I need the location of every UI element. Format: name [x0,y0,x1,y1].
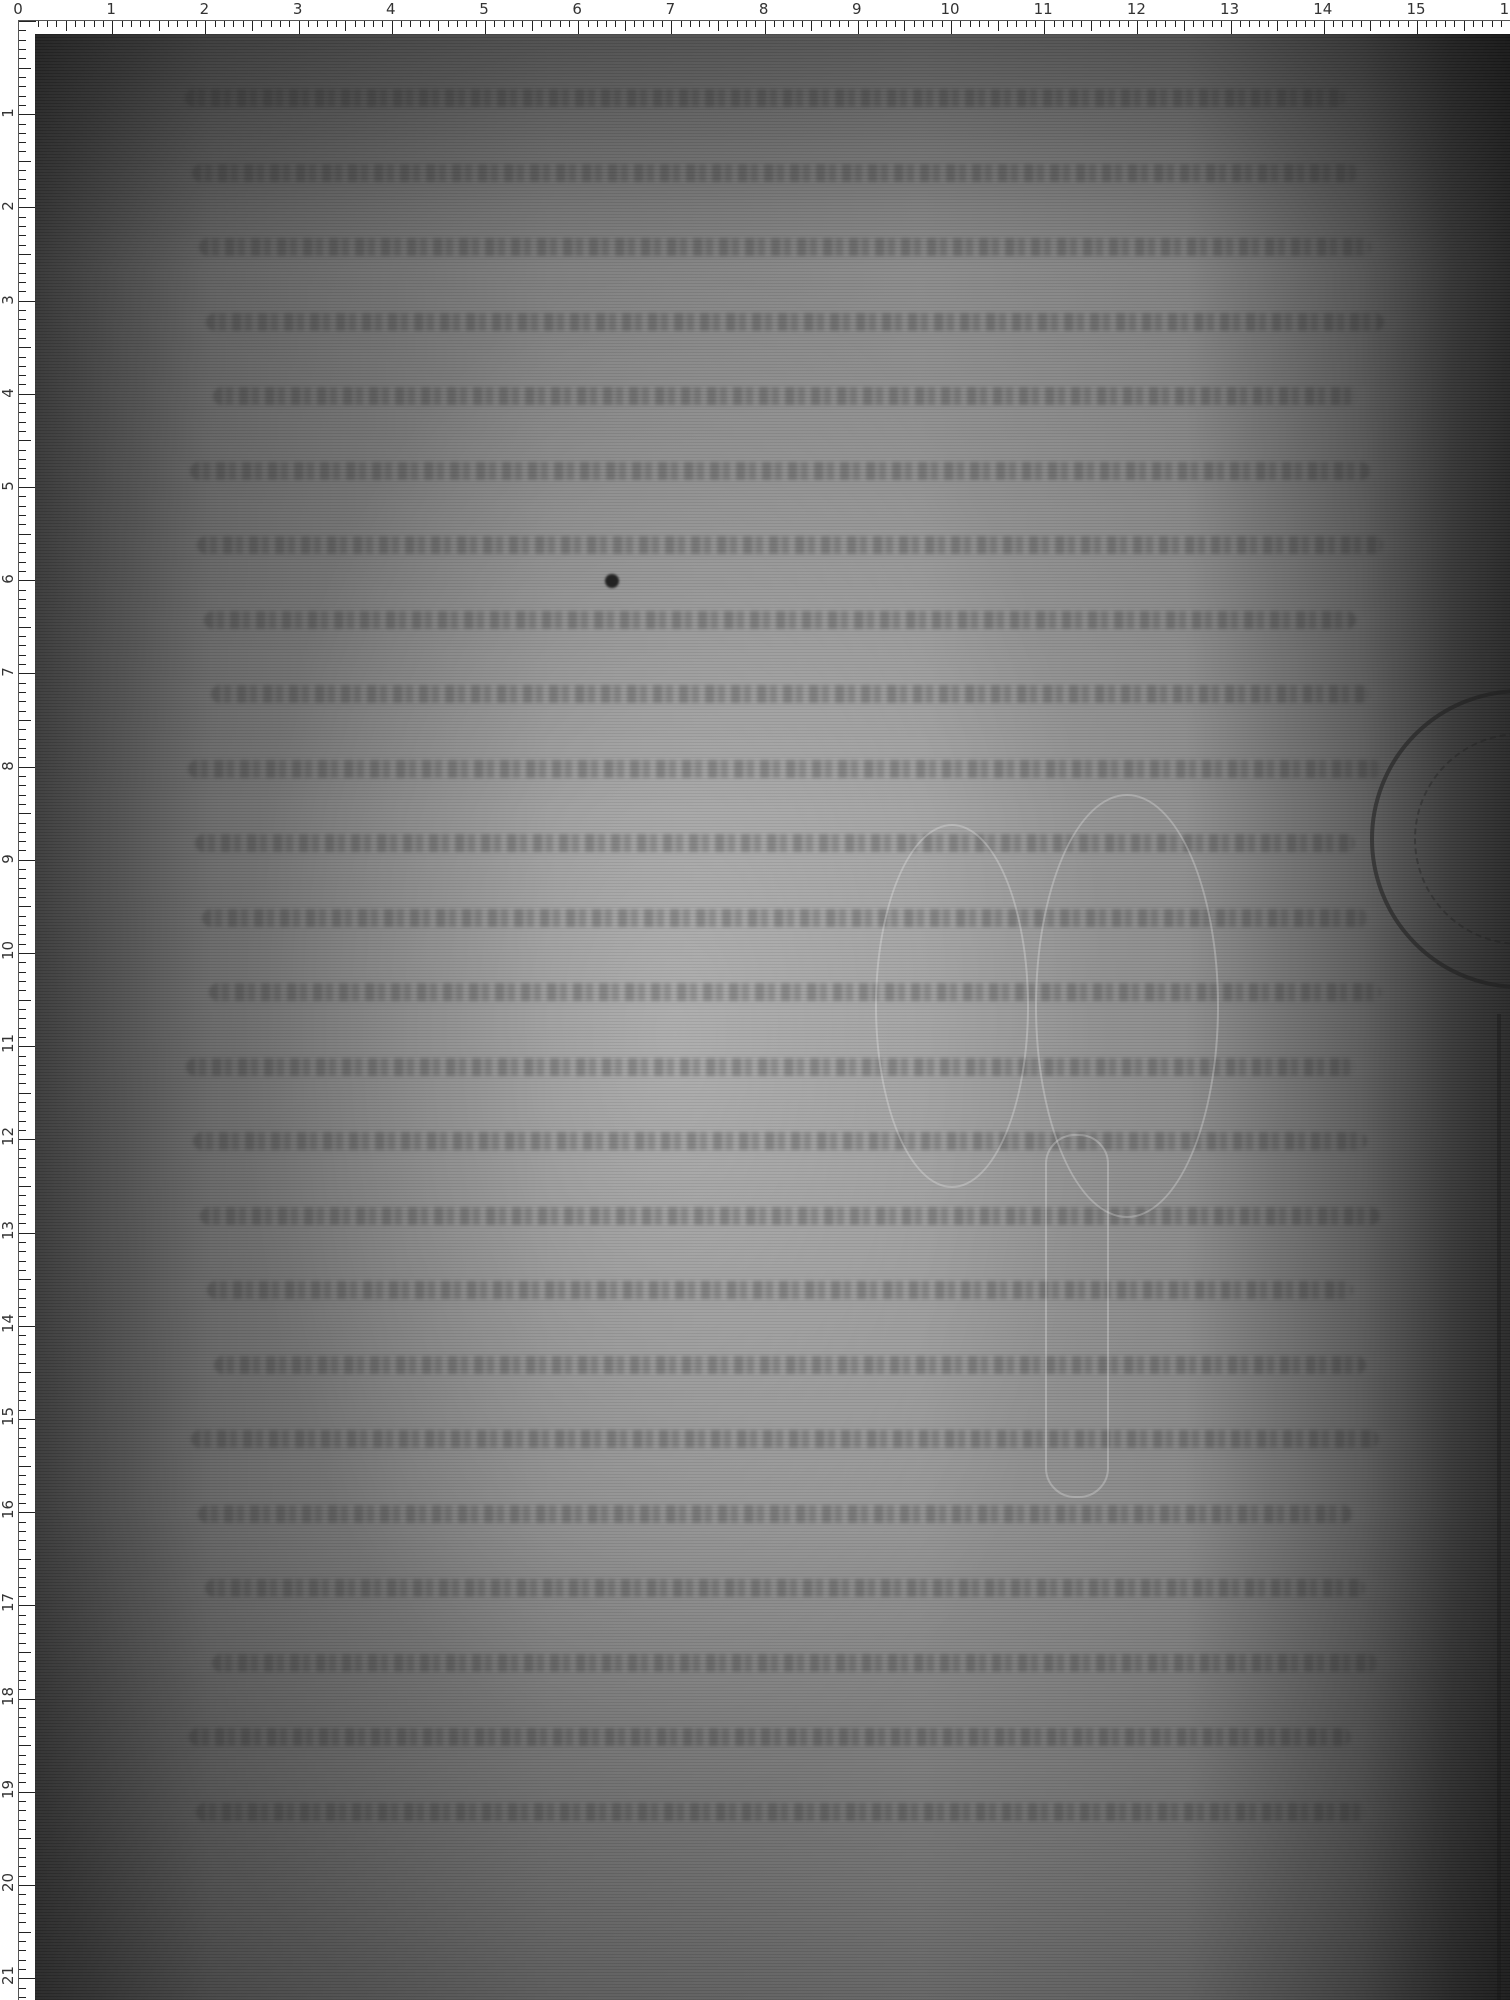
ruler-tick [1128,21,1129,27]
ruler-tick [19,319,26,320]
manuscript-text-line [200,1207,1380,1225]
ruler-tick [19,1988,26,1989]
ruler-tick [19,1810,26,1811]
ruler-tick [1380,21,1381,27]
ruler-tick [1389,21,1390,27]
ruler-tick [19,77,26,78]
ruler-tick [1314,21,1315,27]
ruler-tick [821,21,822,27]
ruler-tick [19,785,26,786]
ruler-tick [848,21,849,27]
ruler-tick [19,124,26,125]
ruler-tick [392,21,393,35]
ruler-tick [19,571,26,572]
ruler-tick [19,357,26,358]
ruler-tick [1063,21,1064,27]
ruler-tick [327,21,328,27]
ruler-tick [19,1680,26,1681]
ruler-tick [1296,21,1297,27]
ruler-tick [289,21,290,27]
ruler-tick [1436,21,1437,27]
left-ruler-label: 10 [0,944,16,960]
ruler-tick [19,990,26,991]
left-ruler-label: 21 [0,1969,16,1985]
ruler-tick [867,21,868,27]
ruler-tick [84,21,85,27]
ruler-tick [19,1820,26,1821]
ruler-tick [19,1130,26,1131]
top-ruler-label: 6 [572,0,582,18]
ruler-tick [19,1587,26,1588]
manuscript-text-line [199,238,1371,256]
ruler-tick [19,1661,26,1662]
ruler-tick [19,142,26,143]
ruler-tick [19,114,36,115]
ruler-tick [19,1540,26,1541]
ruler-tick [420,21,421,27]
top-ruler-label: 2 [200,0,210,18]
ruler-tick [578,21,579,35]
top-ruler-label: 14 [1313,0,1332,18]
ruler-tick [19,366,26,367]
ruler-tick [19,468,26,469]
left-ruler-label: 7 [0,664,16,680]
top-ruler-label: 8 [759,0,769,18]
ruler-tick [19,878,26,879]
ruler-tick [19,1857,26,1858]
ruler-tick [19,1270,26,1271]
ruler-tick [1454,21,1455,27]
ruler-tick [765,21,766,35]
ruler-tick [19,888,26,889]
ruler-tick [1324,21,1325,35]
ruler-tick [19,748,26,749]
ruler-tick [923,21,924,27]
ruler-tick [19,86,26,87]
ruler-tick [19,1466,31,1467]
ruler-tick [476,21,477,27]
ruler-tick [1203,21,1204,27]
ruler-tick [1398,21,1399,27]
top-ruler-label: 1 [106,0,116,18]
left-ruler-label: 8 [0,758,16,774]
ruler-tick [19,897,26,898]
ruler-tick [1100,21,1101,27]
ruler-tick [1268,21,1269,27]
ruler-tick [690,21,691,27]
watermark-stem [1045,1134,1109,1498]
ruler-tick [746,21,747,27]
ruler-tick [774,21,775,27]
ruler-tick [19,720,31,721]
ruler-tick [970,21,971,27]
left-ruler-label: 15 [0,1410,16,1426]
top-ruler-label: 10 [940,0,959,18]
ruler-tick [560,21,561,27]
top-ruler-label: 4 [386,0,396,18]
ruler-tick [103,21,104,27]
ruler-tick [532,21,533,31]
ruler-tick [830,21,831,27]
top-ruler [18,20,1510,34]
ruler-tick [466,21,467,27]
ruler-tick [19,1372,31,1373]
manuscript-text-line [204,611,1356,629]
ruler-tick [19,1419,36,1420]
ruler-tick [19,30,26,31]
ruler-tick [727,21,728,27]
ruler-tick [336,21,337,27]
ruler-tick [457,21,458,27]
ruler-tick [998,21,999,31]
ruler-tick [243,21,244,27]
ruler-tick [19,1522,26,1523]
manuscript-text-line [211,685,1369,703]
ruler-tick [550,21,551,27]
ruler-tick [19,1559,31,1560]
ruler-tick [19,422,26,423]
ruler-tick [19,655,26,656]
manuscript-text-line [214,1356,1366,1374]
manuscript-text-line [192,164,1358,182]
ruler-tick [19,1615,26,1616]
ruler-tick [1091,21,1092,31]
ruler-tick [1137,21,1138,35]
ruler-tick [811,21,812,31]
ruler-tick [19,189,26,190]
ruler-tick [19,1792,36,1793]
top-ruler-label: 3 [293,0,303,18]
ruler-tick [1081,21,1082,27]
ruler-tick [19,683,26,684]
ruler-tick [737,21,738,27]
ruler-tick [19,729,26,730]
ruler-tick [19,1838,31,1839]
ruler-tick [19,49,26,50]
ruler-tick [19,1009,26,1010]
ruler-tick [19,1894,26,1895]
ruler-tick [1147,21,1148,27]
ruler-tick [19,412,26,413]
ruler-tick [355,21,356,27]
ruler-tick [19,692,26,693]
ruler-tick [19,1699,36,1700]
ruler-tick [19,1289,26,1290]
ruler-tick [1193,21,1194,27]
ruler-tick [19,1139,36,1140]
ruler-tick [19,776,26,777]
left-ruler-numbers: 123456789101112131415161718192021 [0,0,18,2000]
ruler-tick [19,1997,26,1998]
ruler-tick [112,21,113,35]
ruler-tick [1221,21,1222,27]
ruler-tick [19,906,31,907]
top-ruler-label: 7 [666,0,676,18]
ruler-tick [317,21,318,27]
ruler-tick [19,1344,26,1345]
ruler-tick [1044,21,1045,35]
ruler-tick [19,496,26,497]
ruler-tick [19,431,26,432]
ruler-tick [19,1848,26,1849]
left-ruler-label: 18 [0,1690,16,1706]
ruler-tick [19,450,26,451]
top-ruler-label: 5 [479,0,489,18]
ruler-tick [19,217,26,218]
ruler-tick [513,21,514,27]
ruler-tick [19,739,26,740]
ruler-tick [429,21,430,27]
ruler-tick [876,21,877,27]
ruler-tick [1277,21,1278,31]
left-ruler-label: 16 [0,1503,16,1519]
ruler-tick [19,1745,31,1746]
ruler-tick [131,21,132,27]
ruler-tick [19,804,26,805]
ruler-tick [914,21,915,27]
ruler-tick [19,916,26,917]
ruler-tick [224,21,225,27]
ruler-tick [1305,21,1306,27]
ruler-tick [19,636,26,637]
ruler-tick [19,981,26,982]
ruler-tick [942,21,943,27]
ruler-tick [1370,21,1371,31]
ruler-tick [196,21,197,27]
ruler-tick [19,179,26,180]
ruler-tick [19,1083,26,1084]
ruler-tick [1426,21,1427,27]
ruler-tick [19,1335,26,1336]
ruler-tick [19,701,26,702]
ruler-tick [19,1177,26,1178]
ruler-tick [19,1755,26,1756]
manuscript-text-line [212,1654,1378,1672]
ruler-tick [1342,21,1343,27]
top-ruler-label: 16 [1500,0,1510,18]
ruler-tick [19,1298,26,1299]
ruler-tick [1007,21,1008,27]
left-ruler-label: 17 [0,1596,16,1612]
ruler-tick [19,711,26,712]
ruler-tick [19,590,26,591]
ruler-tick [19,1727,26,1728]
manuscript-text-line [207,1281,1353,1299]
ruler-tick [187,21,188,27]
ruler-tick [19,1158,26,1159]
ruler-tick [19,1978,36,1979]
ruler-tick [19,580,36,581]
ruler-tick [19,440,31,441]
ruler-tick [19,972,26,973]
ruler-tick [19,1000,31,1001]
ruler-tick [19,347,31,348]
ruler-tick [19,1167,26,1168]
ruler-tick [159,21,160,31]
top-ruler-numbers: 012345678910111213141516 [0,0,1510,20]
ruler-tick [19,664,26,665]
left-ruler-label: 5 [0,478,16,494]
watermark-left-oval [875,824,1029,1188]
left-ruler-label: 9 [0,851,16,867]
ruler-tick [19,850,26,851]
ruler-tick [19,953,36,954]
ruler-tick [634,21,635,27]
ruler-tick [168,21,169,27]
ruler-tick [19,68,31,69]
ruler-tick [19,552,26,553]
ruler-tick [485,21,486,35]
ruler-tick [410,21,411,27]
left-ruler-label: 3 [0,292,16,308]
ruler-tick [19,161,31,162]
ruler-tick [19,1214,26,1215]
ruler-tick [19,1950,26,1951]
ruler-tick [19,1242,26,1243]
ruler-tick [19,338,26,339]
ruler-tick [19,1037,26,1038]
ruler-tick [653,21,654,27]
ruler-tick [1240,21,1241,27]
ruler-tick [718,21,719,31]
ruler-tick [261,21,262,27]
ruler-tick [1184,21,1185,31]
ruler-tick [504,21,505,27]
ruler-tick [1492,21,1493,27]
ruler-tick [19,207,36,208]
ruler-tick [19,1484,26,1485]
ruler-tick [1445,21,1446,27]
ruler-tick [858,21,859,35]
ruler-tick [19,1969,26,1970]
left-ruler-label: 13 [0,1224,16,1240]
ruler-tick [19,1438,26,1439]
ruler-tick [1464,21,1465,31]
ruler-tick [19,608,26,609]
ruler-tick [19,832,26,833]
ruler-tick [1473,21,1474,27]
top-ruler-label: 15 [1406,0,1425,18]
ruler-tick [19,1018,26,1019]
ruler-tick [802,21,803,27]
ruler-tick [271,21,272,27]
ruler-tick [19,1876,26,1877]
ruler-tick [979,21,980,27]
ruler-tick [19,254,31,255]
ruler-tick [19,795,26,796]
ruler-tick [19,375,26,376]
ruler-tick [1352,21,1353,27]
ruler-tick [19,96,26,97]
ruler-tick [19,1205,26,1206]
ruler-tick [19,767,36,768]
ruler-tick [988,21,989,27]
ruler-tick [19,1102,26,1103]
ruler-tick [19,105,26,106]
top-ruler-label: 13 [1220,0,1239,18]
ruler-tick [19,841,26,842]
ruler-tick [19,869,26,870]
page-edge-shadow [1497,1014,1501,2000]
ruler-tick [19,1549,26,1550]
ruler-tick [19,1885,36,1886]
ruler-tick [19,1633,26,1634]
ruler-tick [19,1866,26,1867]
ruler-tick [606,21,607,27]
ruler-tick [19,1932,31,1933]
ruler-tick [38,21,39,27]
ruler-tick [19,1689,26,1690]
ruler-tick [19,1456,26,1457]
ruler-tick [522,21,523,27]
ruler-tick [1156,21,1157,27]
ruler-tick [19,1074,26,1075]
ruler-tick [19,1671,26,1672]
ruler-tick [19,226,26,227]
ruler-tick [1026,21,1027,27]
ruler-tick [19,1717,26,1718]
ruler-tick [1417,21,1418,35]
ruler-tick [709,21,710,27]
ruler-tick [19,813,31,814]
ruler-tick [19,1736,26,1737]
ruler-tick [140,21,141,27]
ruler-tick [19,1326,36,1327]
ruler-tick [1231,21,1232,35]
ruler-tick [1501,21,1502,27]
ruler-tick [1035,21,1036,27]
ruler-tick [373,21,374,27]
manuscript-text-line [191,1430,1379,1448]
ruler-tick [19,673,36,674]
ruler-tick [205,21,206,35]
left-ruler-label: 6 [0,571,16,587]
manuscript-page-scan [35,34,1510,2000]
ruler-tick [19,58,26,59]
ruler-tick [19,1363,26,1364]
ruler-tick [19,1643,26,1644]
manuscript-text-line [196,1803,1364,1821]
ruler-tick [280,21,281,27]
ruler-tick [122,21,123,27]
ruler-tick [19,1624,26,1625]
ruler-tick [177,21,178,27]
ruler-tick [448,21,449,27]
ruler-tick [19,1605,36,1606]
library-stamp [1370,689,1510,989]
ruler-tick [19,478,26,479]
ruler-tick [19,1904,26,1905]
ruler-tick [19,962,26,963]
ruler-tick [19,1941,26,1942]
ruler-tick [19,823,26,824]
ruler-tick [19,1512,36,1513]
ruler-tick [19,515,26,516]
ruler-tick [960,21,961,27]
ruler-tick [895,21,896,27]
ruler-tick [19,1065,26,1066]
ruler-tick [662,21,663,27]
ruler-tick [19,198,26,199]
left-ruler-label: 20 [0,1876,16,1892]
ruler-tick [19,944,26,945]
top-ruler-label: 11 [1034,0,1053,18]
ruler-tick [19,1382,26,1383]
ruler-tick [19,1568,26,1569]
ruler-tick [19,1223,26,1224]
ruler-tick [19,1261,26,1262]
ruler-tick [66,21,67,31]
